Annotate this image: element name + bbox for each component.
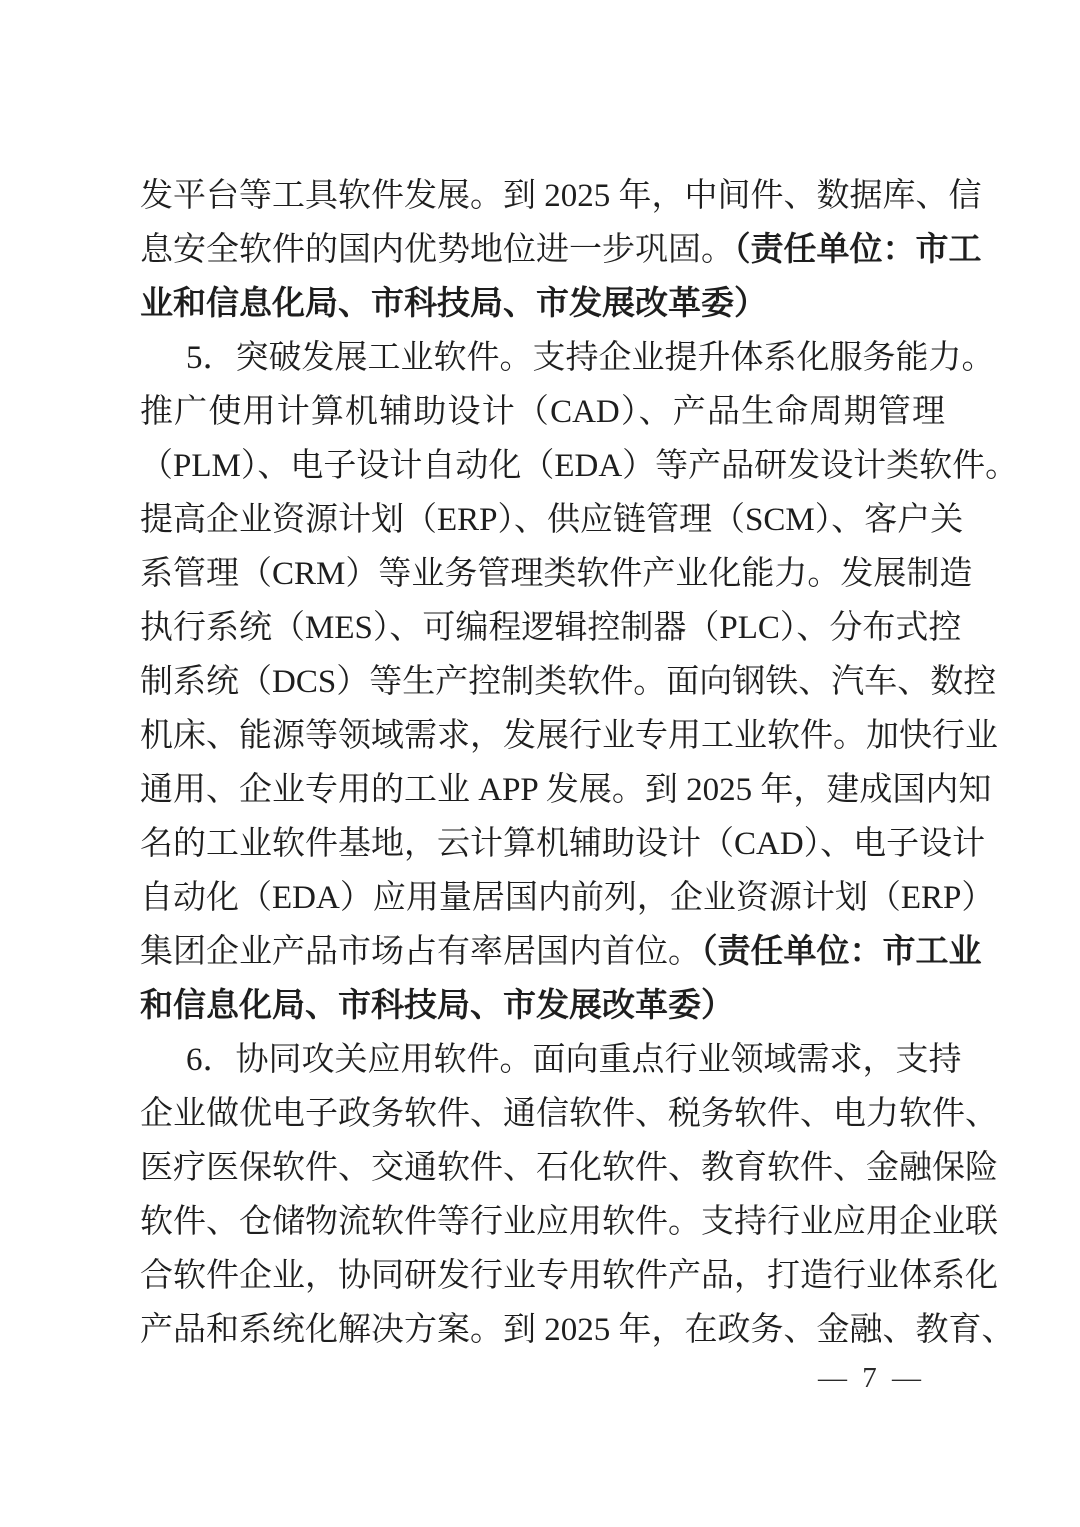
- text-segment: 息安全软件的国内优势地位进一步巩固。: [140, 232, 734, 268]
- text-segment: （PLM）、电子设计自动化（EDA）等产品研发设计类软件。: [140, 448, 1018, 484]
- text-segment: 制系统（DCS）等生产控制类软件。面向钢铁、汽车、数控: [140, 664, 996, 700]
- text-segment: 集团企业产品市场占有率居国内首位。: [140, 934, 701, 970]
- text-segment: 机床、能源等领域需求，发展行业专用工业软件。加快行业: [140, 718, 998, 754]
- text-segment: 名的工业软件基地，云计算机辅助设计（CAD）、电子设计: [140, 826, 985, 862]
- text-segment: 企业做优电子政务软件、通信软件、税务软件、电力软件、: [140, 1096, 998, 1132]
- document-body: 发平台等工具软件发展。到 2025 年，中间件、数据库、信 息安全软件的国内优势…: [140, 169, 945, 1357]
- text-segment: 自动化（EDA）应用量居国内前列，企业资源计划（ERP）: [140, 880, 994, 916]
- text-line: 提高企业资源计划（ERP）、供应链管理（SCM）、客户关: [140, 493, 945, 547]
- text-segment: 推广使用计算机辅助设计（CAD）、产品生命周期管理: [140, 394, 945, 430]
- text-line: （PLM）、电子设计自动化（EDA）等产品研发设计类软件。: [140, 439, 945, 493]
- text-segment: 系管理（CRM）等业务管理类软件产业化能力。发展制造: [140, 556, 972, 592]
- text-line-paragraph-6-start: 6．协同攻关应用软件。面向重点行业领域需求，支持: [140, 1033, 945, 1087]
- text-segment: 发平台等工具软件发展。到 2025 年，中间件、数据库、信: [140, 178, 982, 214]
- text-line: 制系统（DCS）等生产控制类软件。面向钢铁、汽车、数控: [140, 655, 945, 709]
- text-line: 企业做优电子政务软件、通信软件、税务软件、电力软件、: [140, 1087, 945, 1141]
- text-segment: 通用、企业专用的工业 APP 发展。到 2025 年，建成国内知: [140, 772, 991, 808]
- text-segment: 6．协同攻关应用软件。面向重点行业领域需求，支持: [186, 1042, 962, 1078]
- text-line-paragraph-5-start: 5．突破发展工业软件。支持企业提升体系化服务能力。: [140, 331, 945, 385]
- text-line: 发平台等工具软件发展。到 2025 年，中间件、数据库、信: [140, 169, 945, 223]
- text-line: 系管理（CRM）等业务管理类软件产业化能力。发展制造: [140, 547, 945, 601]
- text-line: 合软件企业，协同研发行业专用软件产品，打造行业体系化: [140, 1249, 945, 1303]
- text-line: 息安全软件的国内优势地位进一步巩固。（责任单位：市工: [140, 223, 945, 277]
- text-segment: 合软件企业，协同研发行业专用软件产品，打造行业体系化: [140, 1258, 998, 1294]
- text-line: 自动化（EDA）应用量居国内前列，企业资源计划（ERP）: [140, 871, 945, 925]
- document-page: 发平台等工具软件发展。到 2025 年，中间件、数据库、信 息安全软件的国内优势…: [0, 0, 1080, 1527]
- text-segment: 产品和系统化解决方案。到 2025 年，在政务、金融、教育、: [140, 1312, 1015, 1348]
- text-segment: 软件、仓储物流软件等行业应用软件。支持行业应用企业联: [140, 1204, 998, 1240]
- responsibility-unit-text: （责任单位：市工: [734, 232, 982, 268]
- text-line: 和信息化局、市科技局、市发展改革委）: [140, 979, 945, 1033]
- page-number: — 7 —: [818, 1358, 948, 1398]
- responsibility-unit-text: （责任单位：市工业: [701, 934, 982, 970]
- text-line: 业和信息化局、市科技局、市发展改革委）: [140, 277, 945, 331]
- text-line: 推广使用计算机辅助设计（CAD）、产品生命周期管理: [140, 385, 945, 439]
- text-line: 医疗医保软件、交通软件、石化软件、教育软件、金融保险: [140, 1141, 945, 1195]
- text-line: 执行系统（MES）、可编程逻辑控制器（PLC）、分布式控: [140, 601, 945, 655]
- text-line: 集团企业产品市场占有率居国内首位。（责任单位：市工业: [140, 925, 945, 979]
- text-line: 产品和系统化解决方案。到 2025 年，在政务、金融、教育、: [140, 1303, 945, 1357]
- text-line: 名的工业软件基地，云计算机辅助设计（CAD）、电子设计: [140, 817, 945, 871]
- text-segment: 医疗医保软件、交通软件、石化软件、教育软件、金融保险: [140, 1150, 998, 1186]
- text-line: 软件、仓储物流软件等行业应用软件。支持行业应用企业联: [140, 1195, 945, 1249]
- text-segment: 执行系统（MES）、可编程逻辑控制器（PLC）、分布式控: [140, 610, 961, 646]
- text-line: 通用、企业专用的工业 APP 发展。到 2025 年，建成国内知: [140, 763, 945, 817]
- text-line: 机床、能源等领域需求，发展行业专用工业软件。加快行业: [140, 709, 945, 763]
- text-segment: 提高企业资源计划（ERP）、供应链管理（SCM）、客户关: [140, 502, 963, 538]
- responsibility-unit-text: 业和信息化局、市科技局、市发展改革委）: [140, 286, 767, 322]
- responsibility-unit-text: 和信息化局、市科技局、市发展改革委）: [140, 988, 734, 1024]
- text-segment: 5．突破发展工业软件。支持企业提升体系化服务能力。: [186, 340, 995, 376]
